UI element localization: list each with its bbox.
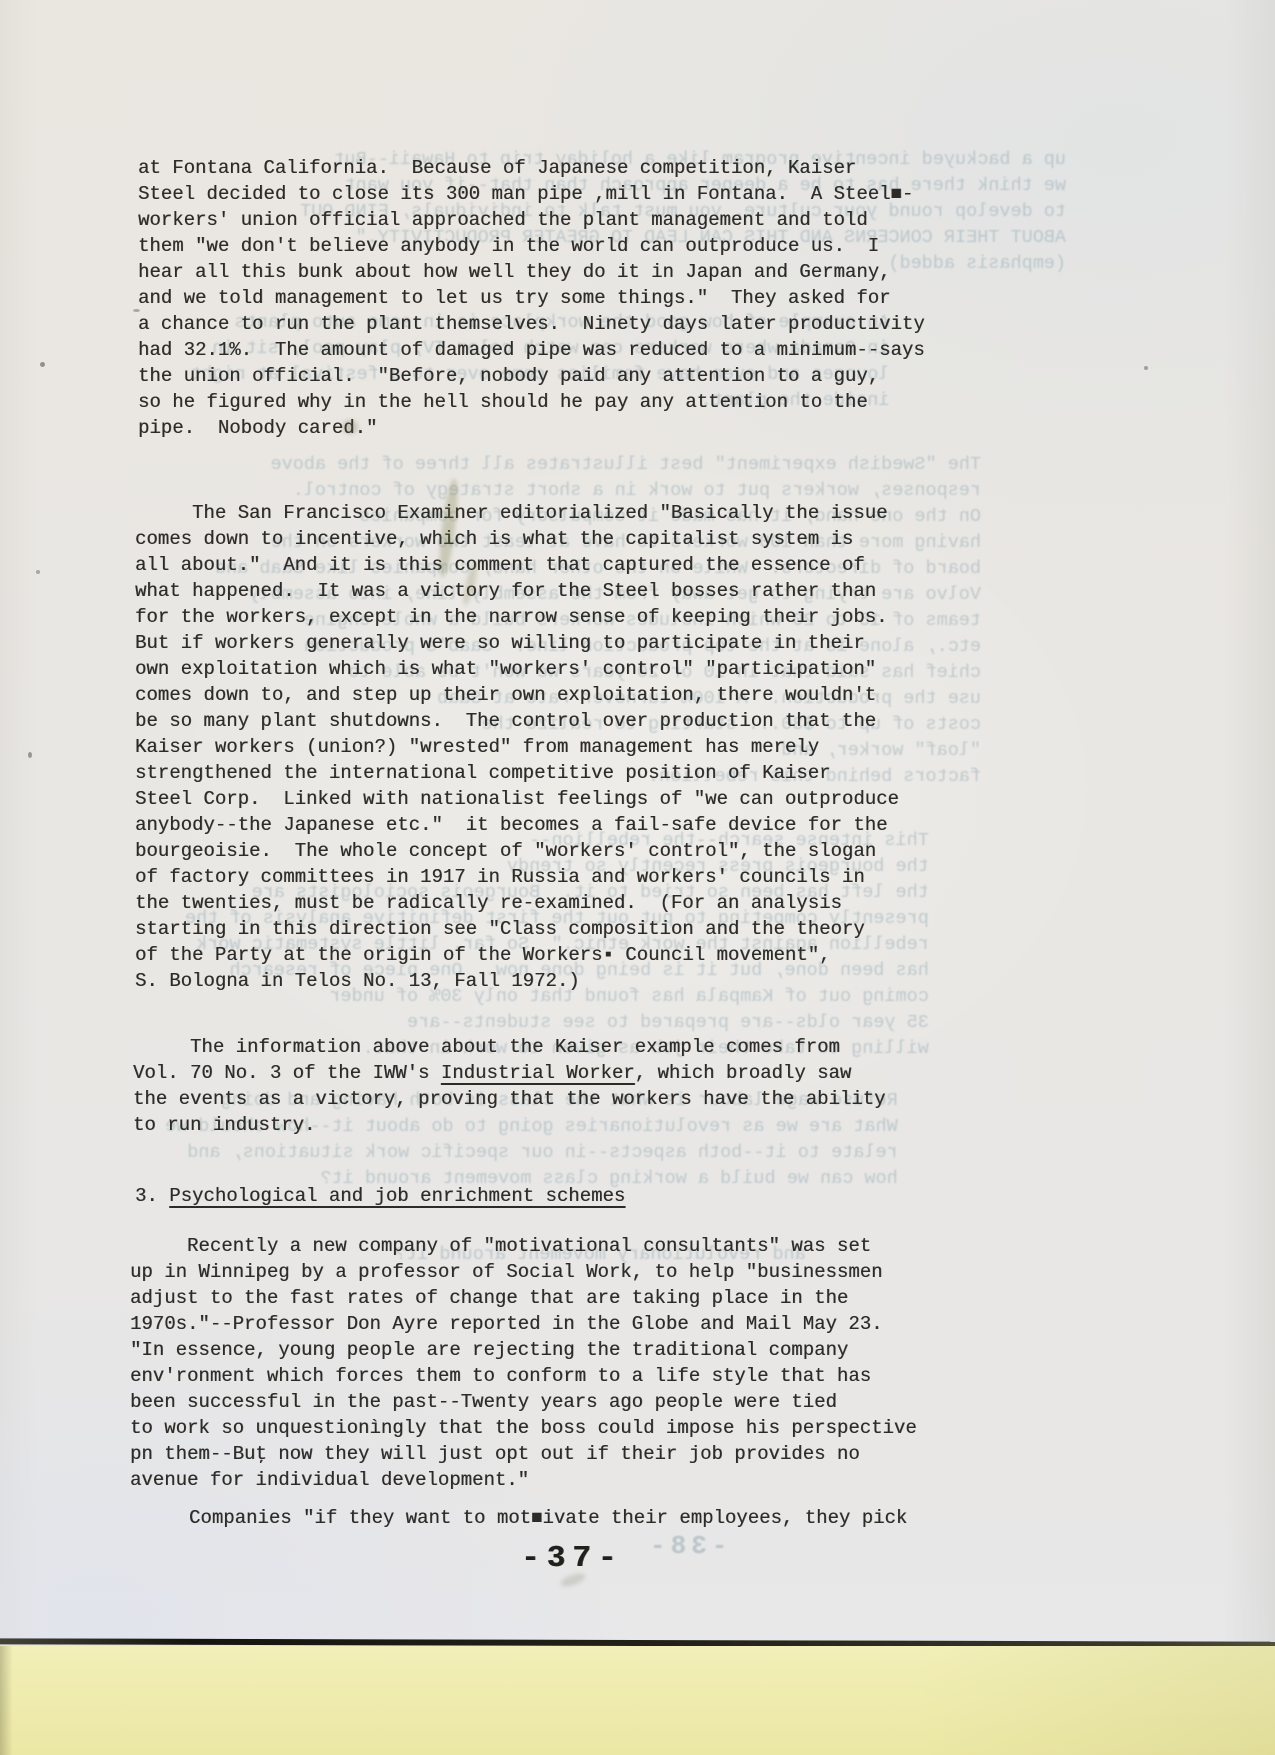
industrial-worker-underlined-title: Industrial Worker [441,1062,635,1084]
paper-speck [1144,366,1148,370]
body-paragraph-iww: The information above about the Kaiser e… [133,1034,886,1138]
page-number: -37- [521,1543,623,1574]
body-paragraph-examiner: The San Francisco Examiner editorialized… [135,500,899,994]
section-heading: 3. Psychological and job enrichment sche… [135,1183,625,1209]
yellow-sheet-below [0,1646,1275,1755]
section-number: 3. [135,1185,169,1207]
paper-speck [36,570,40,574]
body-paragraph-consultants: Recently a new company of "motivational … [130,1233,917,1493]
section-title: Psychological and job enrichment schemes [169,1185,625,1207]
paper-speck [40,362,45,367]
paper-speck [133,309,140,312]
scanned-page: up a backuyed incentive program like a h… [0,0,1275,1755]
body-paragraph-kaiser: at Fontana California. Because of Japane… [138,155,925,441]
bleedthrough-page-number: -38- [645,1533,727,1559]
paper-speck [28,752,32,758]
body-closing-line: Companies "if they want to mot■ivate the… [132,1505,907,1531]
ink-smudge [342,420,358,434]
